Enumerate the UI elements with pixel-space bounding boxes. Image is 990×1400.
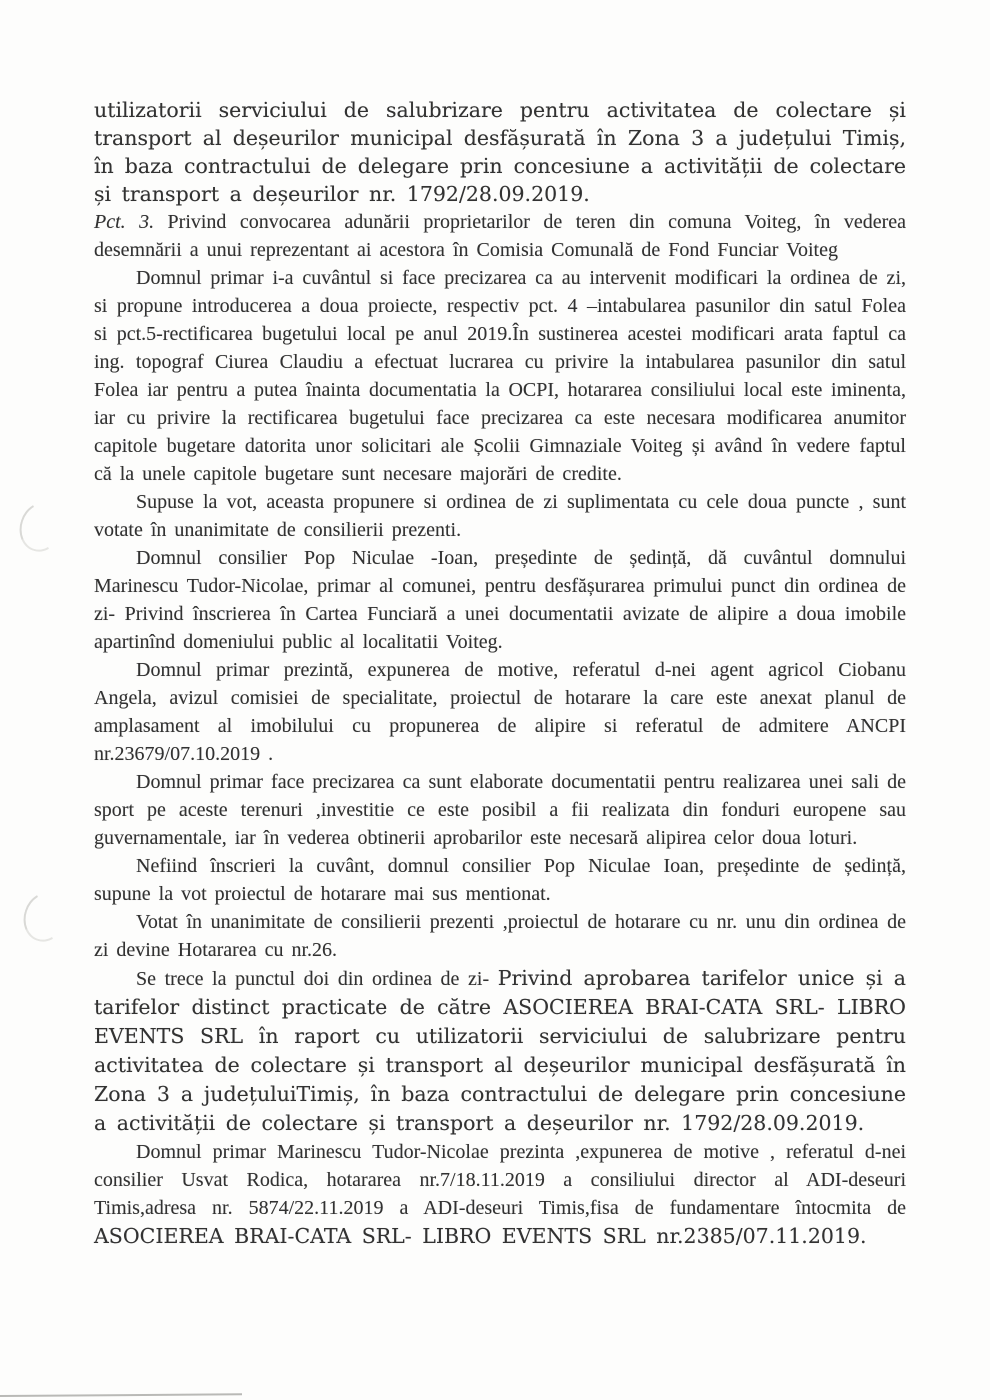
paragraph-agenda-item2-tariffs: Se trece la punctul doi din ordinea de z… xyxy=(94,964,906,1138)
paragraph-decision-nr26: Votat în unanimitate de consilierii prez… xyxy=(94,908,906,964)
paragraph-no-speakers-vote: Nefiind înscrieri la cuvânt, domnul cons… xyxy=(94,852,906,908)
pct3-italic-label: Pct. 3. xyxy=(94,211,154,233)
paragraph-sports-hall-note: Domnul primar face precizarea ca sunt el… xyxy=(94,768,906,852)
scanned-document-page: utilizatorii serviciului de salubrizare … xyxy=(0,0,990,1400)
paragraph-agenda-item2-continuation: utilizatorii serviciului de salubrizare … xyxy=(94,96,906,208)
paragraph-chairman-gives-floor: Domnul consilier Pop Niculae -Ioan, preș… xyxy=(94,544,906,656)
paragraph-mayor-agenda-changes: Domnul primar i-a cuvântul si face preci… xyxy=(94,264,906,488)
scan-edge-artifact xyxy=(0,1393,242,1397)
paragraph-mayor-presents-tariff-docs: Domnul primar Marinescu Tudor-Nicolae pr… xyxy=(94,1138,906,1251)
pct3-text: Privind convocarea adunării proprietaril… xyxy=(94,211,906,261)
punch-hole-mark-top xyxy=(13,497,68,558)
tariff-docs-intro-text: Domnul primar Marinescu Tudor-Nicolae pr… xyxy=(94,1141,906,1219)
paragraph-vote-agenda: Supuse la vot, aceasta propunere si ordi… xyxy=(94,488,906,544)
punch-hole-mark-bottom xyxy=(17,887,72,948)
document-text-block: utilizatorii serviciului de salubrizare … xyxy=(94,96,906,1251)
paragraph-pct3: Pct. 3. Privind convocarea adunării prop… xyxy=(94,208,906,264)
paragraph-mayor-presents-documents: Domnul primar prezintă, expunerea de mot… xyxy=(94,656,906,768)
item2-agenda-title: Privind aprobarea tarifelor unice și a t… xyxy=(94,966,906,1135)
item2-intro-text: Se trece la punctul doi din ordinea de z… xyxy=(136,968,498,990)
tariff-docs-company-ref: ASOCIEREA BRAI-CATA SRL- LIBRO EVENTS SR… xyxy=(94,1224,867,1248)
